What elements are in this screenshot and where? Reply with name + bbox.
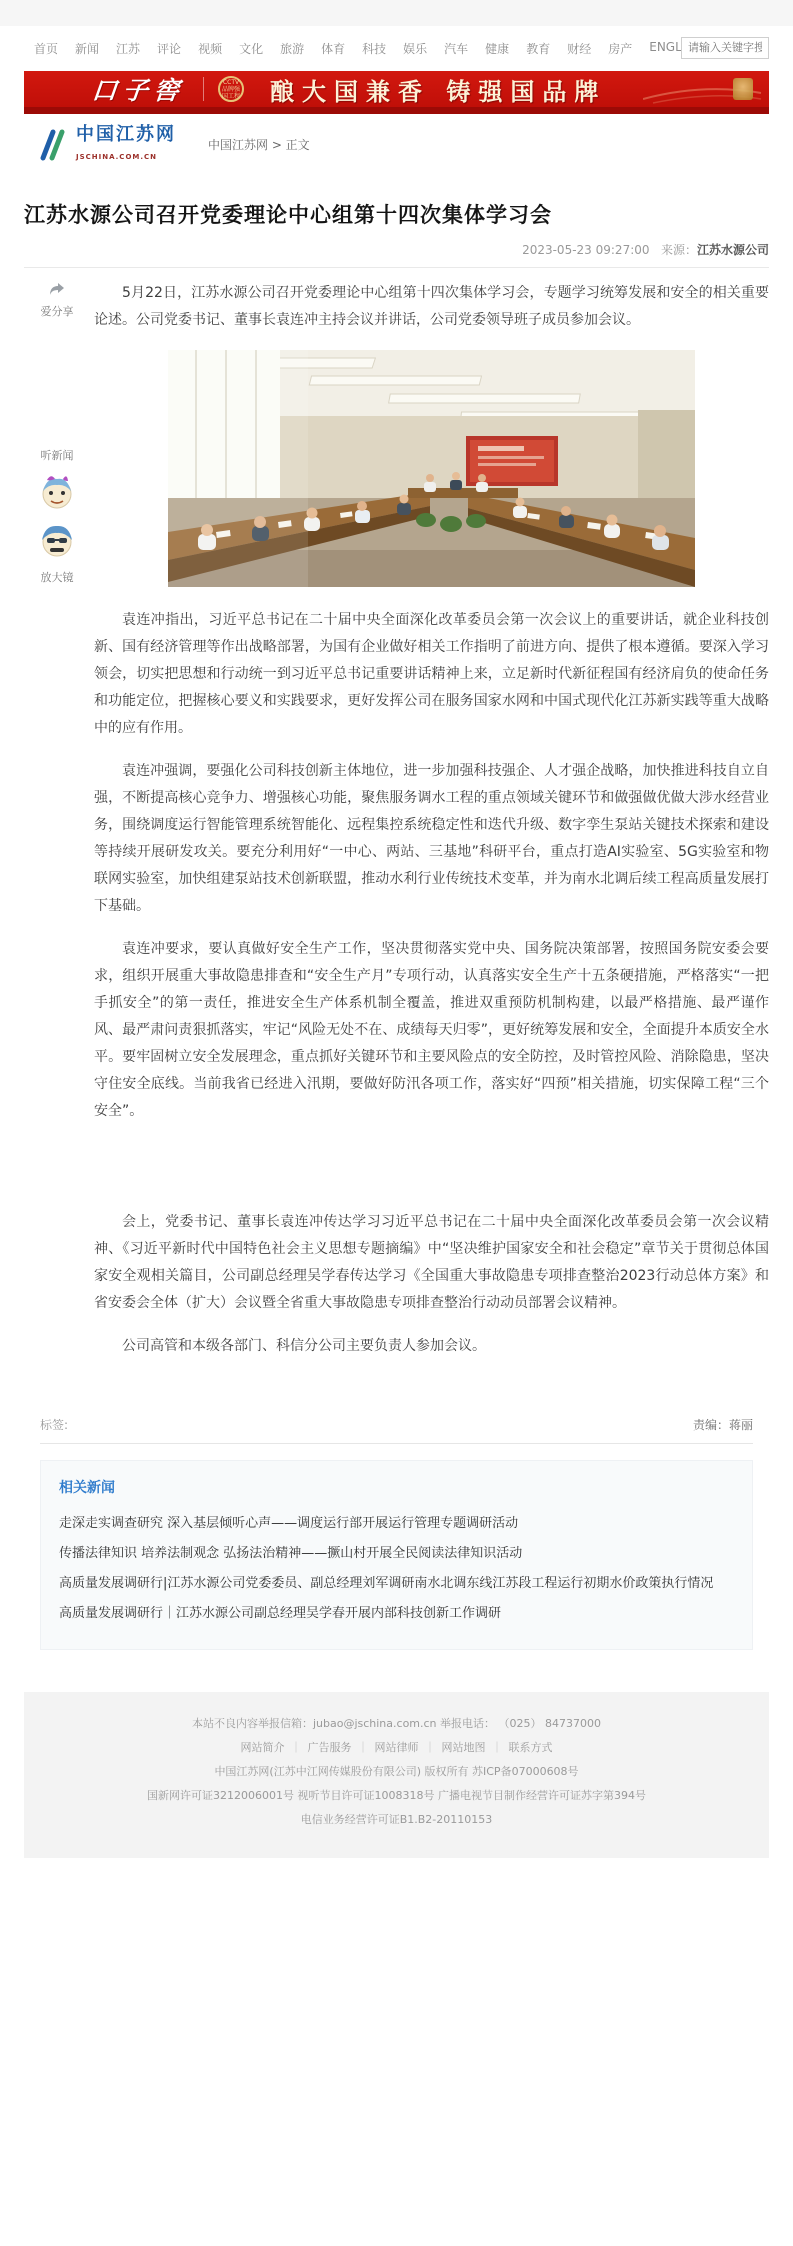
article-paragraph: 袁连冲强调，要强化公司科技创新主体地位，进一步加强科技强企、人才强企战略，加快推… <box>94 758 769 920</box>
logo-subtitle: JSCHINA.COM.CN <box>76 153 157 161</box>
nav-link[interactable]: 视频 <box>198 40 222 57</box>
top-strip <box>0 0 793 26</box>
search-box <box>681 36 769 59</box>
article-paragraph: 袁连冲指出，习近平总书记在二十届中央全面深化改革委员会第一次会议上的重要讲话，就… <box>94 607 769 742</box>
report-line: 本站不良内容举报信箱：jubao@jschina.com.cn 举报电话： （0… <box>34 1712 759 1736</box>
related-news-link[interactable]: 传播法律知识 培养法制观念 弘扬法治精神——撅山村开展全民阅读法律知识活动 <box>59 1539 734 1569</box>
footer-links: 网站简介广告服务网站律师网站地图联系方式 <box>34 1736 759 1760</box>
nav-link[interactable]: 教育 <box>526 40 550 57</box>
banner-seal-icon <box>733 78 753 100</box>
logo-icon <box>34 129 68 161</box>
nav-link[interactable]: 财经 <box>567 40 591 57</box>
nav-links: 首页新闻江苏评论视频文化旅游体育科技娱乐汽车健康教育财经房产ENGLISH <box>34 40 702 57</box>
ad-banner[interactable]: 口子窖 CCTV 品牌强国工程 酿大国兼香 铸强国品牌 <box>24 71 769 114</box>
related-news-list: 走深走实调查研究 深入基层倾听心声——调度运行部开展运行管理专题调研活动传播法律… <box>59 1509 734 1629</box>
footer-line: 中国江苏网(江苏中江网传媒股份有限公司) 版权所有 苏ICP备07000608号 <box>34 1760 759 1784</box>
footer-link[interactable]: 网站简介 <box>241 1736 285 1760</box>
site-header: 中国江苏网 JSCHINA.COM.CN 中国江苏网 > 正文 <box>24 114 769 173</box>
article-source: 江苏水源公司 <box>697 243 769 257</box>
banner-slogan: 酿大国兼香 铸强国品牌 <box>270 72 606 107</box>
related-news-link[interactable]: 高质量发展调研行｜江苏水源公司副总经理吴学春开展内部科技创新工作调研 <box>59 1599 734 1629</box>
source-label: 来源： <box>661 243 697 257</box>
mascot-boy-icon[interactable] <box>37 519 77 559</box>
nav-link[interactable]: 评论 <box>157 40 181 57</box>
related-news-title: 相关新闻 <box>59 1477 734 1497</box>
footer-link[interactable]: 网站律师 <box>352 1736 419 1760</box>
nav-link[interactable]: 房产 <box>608 40 632 57</box>
site-footer: 本站不良内容举报信箱：jubao@jschina.com.cn 举报电话： （0… <box>24 1692 769 1858</box>
article-paragraph: 5月22日，江苏水源公司召开党委理论中心组第十四次集体学习会，专题学习统筹发展和… <box>94 280 769 334</box>
related-news-link[interactable]: 走深走实调查研究 深入基层倾听心声——调度运行部开展运行管理专题调研活动 <box>59 1509 734 1539</box>
banner-divider <box>203 77 204 101</box>
article-paragraph: 会上，党委书记、董事长袁连冲传达学习习近平总书记在二十届中央全面深化改革委员会第… <box>94 1209 769 1317</box>
nav-link[interactable]: 科技 <box>362 40 386 57</box>
share-icon[interactable] <box>49 282 65 299</box>
nav-link[interactable]: 江苏 <box>116 40 140 57</box>
tags-label: 标签: <box>40 1416 68 1433</box>
nav-link[interactable]: 文化 <box>239 40 263 57</box>
top-nav: 首页新闻江苏评论视频文化旅游体育科技娱乐汽车健康教育财经房产ENGLISH <box>24 26 769 67</box>
banner-bottom-strip <box>24 107 769 114</box>
mascot-girl-icon[interactable] <box>37 471 77 511</box>
article-paragraph: 公司高管和本级各部门、科信分公司主要负责人参加会议。 <box>94 1333 769 1360</box>
article-body: 5月22日，江苏水源公司召开党委理论中心组第十四次集体学习会，专题学习统筹发展和… <box>90 280 769 1376</box>
nav-link[interactable]: 旅游 <box>280 40 304 57</box>
nav-link[interactable]: 首页 <box>34 40 58 57</box>
page-title: 江苏水源公司召开党委理论中心组第十四次集体学习会 <box>24 199 769 229</box>
site-logo[interactable]: 中国江苏网 JSCHINA.COM.CN <box>34 126 176 163</box>
related-news-panel: 相关新闻 走深走实调查研究 深入基层倾听心声——调度运行部开展运行管理专题调研活… <box>40 1460 753 1650</box>
footer-link[interactable]: 网站地图 <box>419 1736 486 1760</box>
tags-row: 标签: 责编：蒋丽 <box>40 1416 753 1444</box>
nav-link[interactable]: 体育 <box>321 40 345 57</box>
footer-link[interactable]: 联系方式 <box>486 1736 553 1760</box>
listen-news-label: 听新闻 <box>24 447 90 463</box>
breadcrumb[interactable]: 中国江苏网 > 正文 <box>208 136 310 153</box>
banner-brand-logo: 口子窖 <box>90 71 187 107</box>
editor-credit: 责编：蒋丽 <box>693 1416 753 1433</box>
nav-link[interactable]: 娱乐 <box>403 40 427 57</box>
search-input[interactable] <box>681 37 769 59</box>
nav-link[interactable]: 汽车 <box>444 40 468 57</box>
share-label: 爱分享 <box>24 303 90 319</box>
footer-line: 电信业务经营许可证B1.B2-20110153 <box>34 1808 759 1832</box>
article-date: 2023-05-23 09:27:00 <box>522 243 649 257</box>
magnifier-label: 放大镜 <box>24 569 90 585</box>
related-news-link[interactable]: 高质量发展调研行|江苏水源公司党委委员、副总经理刘军调研南水北调东线江苏段工程运… <box>59 1569 734 1599</box>
left-tool-column: 爱分享 听新闻 放大镜 <box>24 280 90 1376</box>
article-meta: 2023-05-23 09:27:00 来源：江苏水源公司 <box>24 241 769 268</box>
ad-banner-main: 口子窖 CCTV 品牌强国工程 酿大国兼香 铸强国品牌 <box>24 71 769 107</box>
logo-title: 中国江苏网 <box>76 126 176 144</box>
footer-line: 国新网许可证3212006001号 视听节目许可证1008318号 广播电视节目… <box>34 1784 759 1808</box>
article-paragraph: 袁连冲要求，要认真做好安全生产工作，坚决贯彻落实党中央、国务院决策部署，按照国务… <box>94 936 769 1125</box>
nav-link[interactable]: 新闻 <box>75 40 99 57</box>
nav-link[interactable]: 健康 <box>485 40 509 57</box>
cctv-badge-icon: CCTV 品牌强国工程 <box>218 76 244 102</box>
footer-link[interactable]: 广告服务 <box>285 1736 352 1760</box>
article-photo <box>168 350 695 587</box>
